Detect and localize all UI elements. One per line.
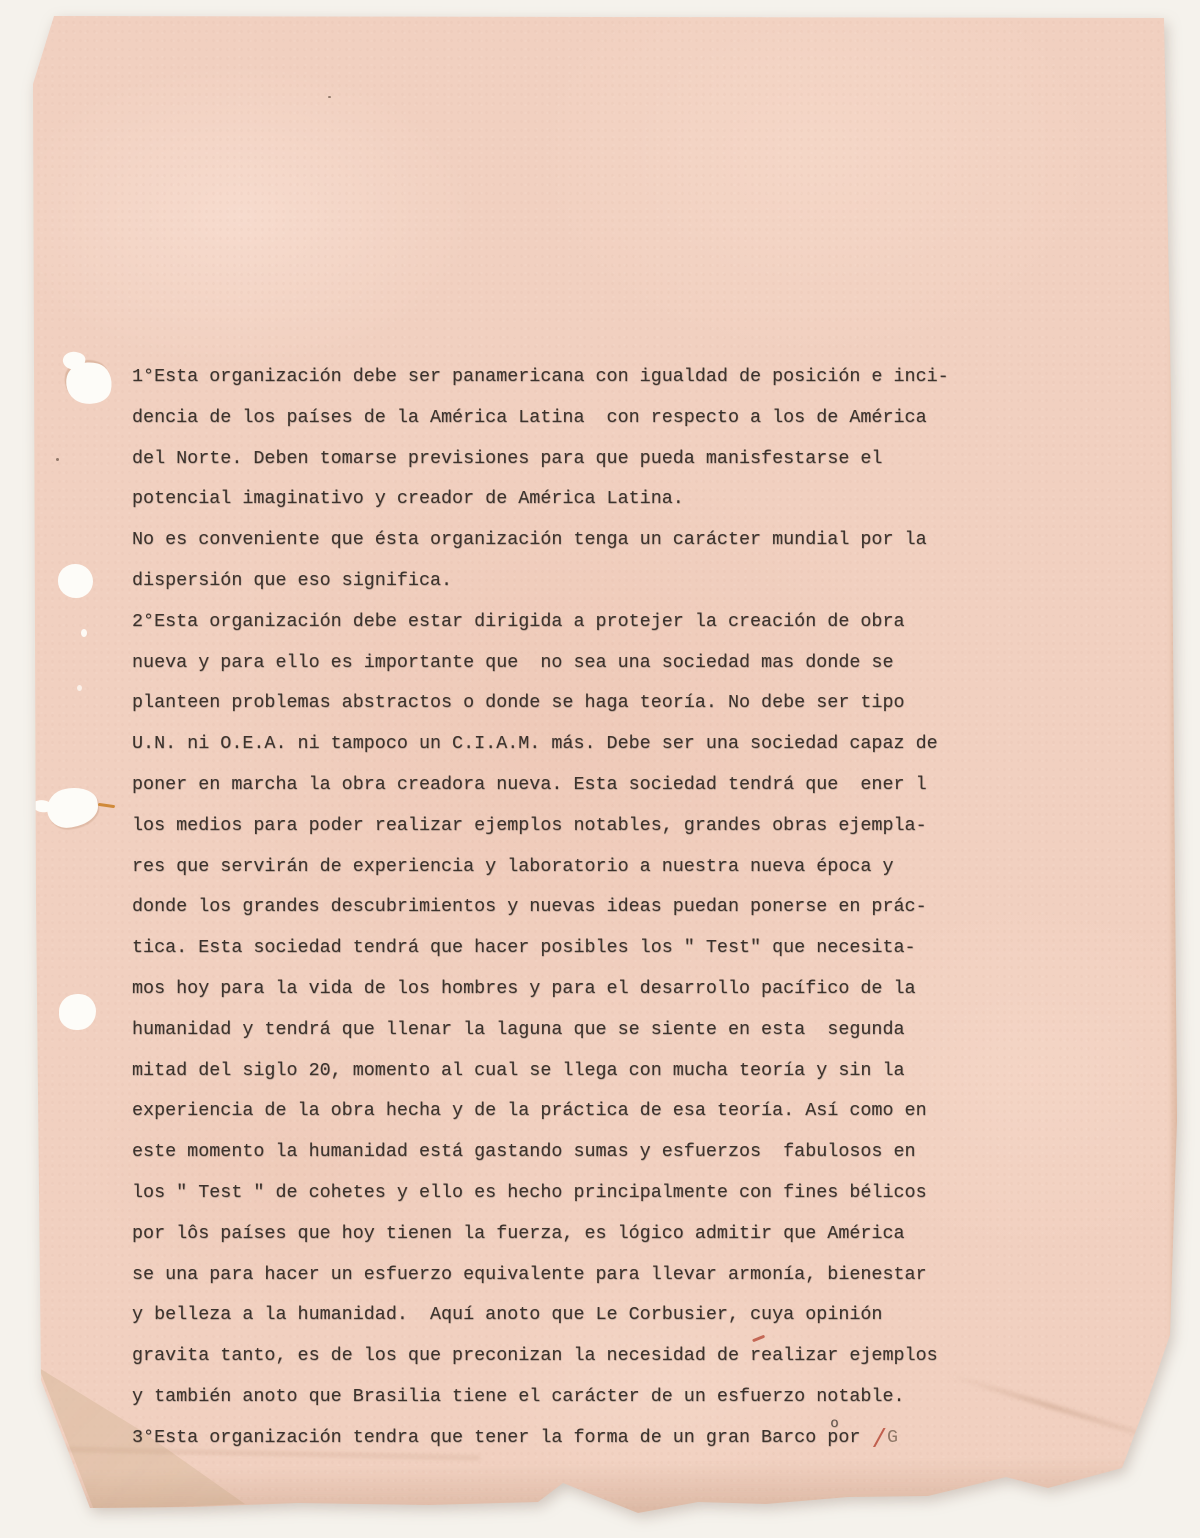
final-line-text: 3°Esta organización tendra que tener la … [132, 1427, 827, 1448]
typed-line: U.N. ni O.E.A. ni tampoco un C.I.A.M. má… [132, 724, 1092, 765]
ink-speck [56, 458, 59, 461]
punch-hole-round-lower [59, 994, 96, 1030]
typed-line: los " Test " de cohetes y ello es hecho … [132, 1173, 1092, 1214]
typed-line: 1°Esta organización debe ser panamerican… [132, 357, 1092, 398]
ink-speck [328, 96, 331, 98]
typed-line: nueva y para ello es importante que no s… [132, 643, 1092, 684]
paper-right-edge-shadow [1168, 14, 1182, 1478]
typed-line: donde los grandes descubrimientos y nuev… [132, 887, 1092, 928]
typed-line: los medios para poder realizar ejemplos … [132, 806, 1092, 847]
orange-paper-fiber [98, 803, 115, 808]
paper-right-edge-shadow [1166, 14, 1184, 134]
red-correction-slash: / [871, 1425, 887, 1455]
typed-line: No es conveniente que ésta organización … [132, 520, 1092, 561]
typed-line: experiencia de la obra hecha y de la prá… [132, 1091, 1092, 1132]
typed-line: se una para hacer un esfuerzo equivalent… [132, 1255, 1092, 1296]
paper-drop-shadow: 1°Esta organización debe ser panamerican… [0, 0, 1200, 1538]
punch-hole-round-upper [58, 564, 93, 598]
bottom-fold-shadow [70, 1457, 1141, 1524]
paper-sheet: 1°Esta organización debe ser panamerican… [0, 0, 1200, 1538]
typed-line: res que servirán de experiencia y labora… [132, 847, 1092, 888]
punch-hole-torn-middle [45, 785, 101, 831]
typed-line: dispersión que eso significa. [132, 561, 1092, 602]
typed-line: planteen problemas abstractos o donde se… [132, 683, 1092, 724]
typed-line: 2°Esta organización debe estar dirigida … [132, 602, 1092, 643]
typed-line: por lôs países que hoy tienen la fuerza,… [132, 1214, 1092, 1255]
typed-line: y también anoto que Brasilia tiene el ca… [132, 1377, 1092, 1418]
typed-line: humanidad y tendrá que llenar la laguna … [132, 1010, 1092, 1051]
typed-line: mos hoy para la vida de los hombres y pa… [132, 969, 1092, 1010]
scanned-document-page: 1°Esta organización debe ser panamerican… [0, 0, 1200, 1538]
typed-line-final: 3°Esta organización tendra que tener la … [132, 1418, 1092, 1461]
typed-line: tica. Esta sociedad tendrá que hacer pos… [132, 928, 1092, 969]
typed-line: dencia de los países de la América Latin… [132, 398, 1092, 439]
typed-line: mitad del siglo 20, momento al cual se l… [132, 1051, 1092, 1092]
typed-line: potencial imaginativo y creador de Améri… [132, 479, 1092, 520]
typed-line: poner en marcha la obra creadora nueva. … [132, 765, 1092, 806]
small-paper-flaw [77, 685, 82, 691]
typed-line: del Norte. Deben tomarse previsiones par… [132, 439, 1092, 480]
typed-text-block: 1°Esta organización debe ser panamerican… [132, 357, 1092, 1461]
typed-line: y belleza a la humanidad. Aquí anoto que… [132, 1295, 1092, 1336]
typed-line: gravita tanto, es de los que preconizan … [132, 1336, 1092, 1377]
final-line-tail: G [887, 1427, 898, 1448]
typed-line: este momento la humanidad está gastando … [132, 1132, 1092, 1173]
punch-hole-torn-top [62, 357, 117, 409]
small-paper-flaw [81, 629, 87, 637]
typed-lines: 1°Esta organización debe ser panamerican… [132, 357, 1092, 1418]
